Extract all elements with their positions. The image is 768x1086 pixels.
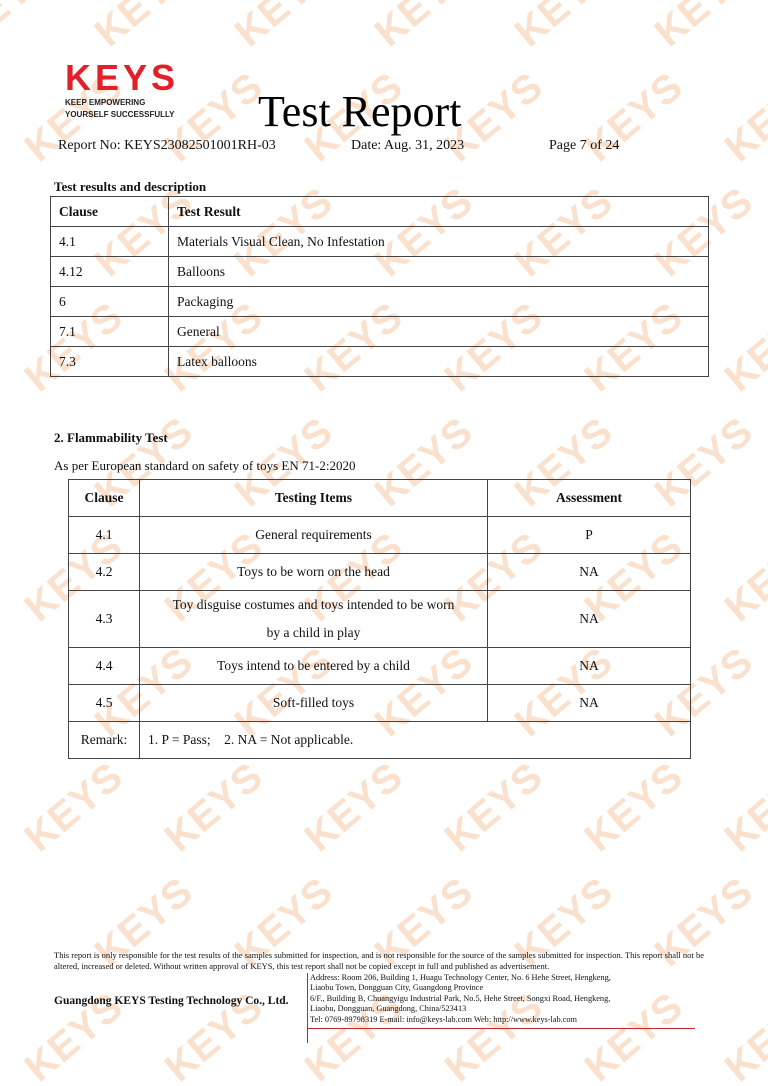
assessment-cell: NA — [488, 554, 691, 591]
logo-tagline-2: YOURSELF SUCCESSFULLY — [65, 110, 179, 120]
logo-mark: KEYS — [65, 60, 179, 96]
table-row: 4.2 Toys to be worn on the head NA — [69, 554, 691, 591]
clause-cell: 4.2 — [69, 554, 140, 591]
logo-tagline-1: KEEP EMPOWERING — [65, 98, 179, 108]
assessment-cell: NA — [488, 648, 691, 685]
table-header-row: Clause Testing Items Assessment — [69, 480, 691, 517]
page-number: Page 7 of 24 — [549, 138, 619, 154]
table-header-row: Clause Test Result — [51, 197, 709, 227]
flammability-section-title: 2. Flammability Test — [54, 430, 168, 446]
testing-item-cell: Toys to be worn on the head — [140, 554, 488, 591]
footer-disclaimer: This report is only responsible for the … — [54, 950, 704, 972]
clause-cell: 4.5 — [69, 685, 140, 722]
address-line: Address: Room 206, Building 1, Huagu Tec… — [310, 973, 611, 983]
clause-cell: 4.4 — [69, 648, 140, 685]
table-row: 4.3 Toy disguise costumes and toys inten… — [69, 591, 691, 648]
table-row: 4.1 Materials Visual Clean, No Infestati… — [51, 227, 709, 257]
clause-cell: 4.3 — [69, 591, 140, 648]
company-address: Address: Room 206, Building 1, Huagu Tec… — [307, 973, 611, 1043]
assessment-cell: NA — [488, 591, 691, 648]
table-row: 4.5 Soft-filled toys NA — [69, 685, 691, 722]
report-number: Report No: KEYS23082501001RH-03 — [58, 138, 276, 154]
column-header: Clause — [51, 197, 169, 227]
address-line: Liaobu, Dongguan, Guangdong, China/52341… — [310, 1004, 611, 1014]
column-header: Test Result — [169, 197, 709, 227]
table-row: 4.1 General requirements P — [69, 517, 691, 554]
clause-cell: 6 — [51, 287, 169, 317]
table-row: 4.4 Toys intend to be entered by a child… — [69, 648, 691, 685]
address-line: 6/F., Building B, Chuangyigu Industrial … — [310, 994, 611, 1004]
testing-item-cell: General requirements — [140, 517, 488, 554]
footer-divider — [307, 1028, 695, 1029]
flammability-standard: As per European standard on safety of to… — [54, 458, 355, 474]
address-line: Liaobu Town, Dongguan City, Guangdong Pr… — [310, 983, 611, 993]
clause-cell: 7.3 — [51, 347, 169, 377]
remark-label: Remark: — [69, 722, 140, 759]
result-cell: General — [169, 317, 709, 347]
result-cell: Packaging — [169, 287, 709, 317]
testing-item-cell: Soft-filled toys — [140, 685, 488, 722]
report-title: Test Report — [258, 86, 461, 138]
testing-item-cell: Toy disguise costumes and toys intended … — [140, 591, 488, 648]
table-row: 7.3 Latex balloons — [51, 347, 709, 377]
clause-cell: 4.12 — [51, 257, 169, 287]
contact-line: Tel: 0769-89798319 E-mail: info@keys-lab… — [310, 1015, 611, 1025]
result-cell: Latex balloons — [169, 347, 709, 377]
column-header: Clause — [69, 480, 140, 517]
testing-item-cell: Toys intend to be entered by a child — [140, 648, 488, 685]
column-header: Assessment — [488, 480, 691, 517]
result-cell: Balloons — [169, 257, 709, 287]
test-results-table: Clause Test Result 4.1 Materials Visual … — [50, 196, 709, 377]
result-cell: Materials Visual Clean, No Infestation — [169, 227, 709, 257]
company-name: Guangdong KEYS Testing Technology Co., L… — [54, 995, 289, 1007]
table-row: 4.12 Balloons — [51, 257, 709, 287]
remark-text: 1. P = Pass; 2. NA = Not applicable. — [140, 722, 691, 759]
clause-cell: 4.1 — [69, 517, 140, 554]
table-row: 7.1 General — [51, 317, 709, 347]
clause-cell: 4.1 — [51, 227, 169, 257]
flammability-table: Clause Testing Items Assessment 4.1 Gene… — [68, 479, 691, 759]
assessment-cell: NA — [488, 685, 691, 722]
remark-row: Remark: 1. P = Pass; 2. NA = Not applica… — [69, 722, 691, 759]
report-date: Date: Aug. 31, 2023 — [351, 138, 464, 154]
clause-cell: 7.1 — [51, 317, 169, 347]
results-section-title: Test results and description — [54, 179, 206, 195]
table-row: 6 Packaging — [51, 287, 709, 317]
assessment-cell: P — [488, 517, 691, 554]
column-header: Testing Items — [140, 480, 488, 517]
company-logo: KEYS KEEP EMPOWERING YOURSELF SUCCESSFUL… — [65, 60, 179, 120]
